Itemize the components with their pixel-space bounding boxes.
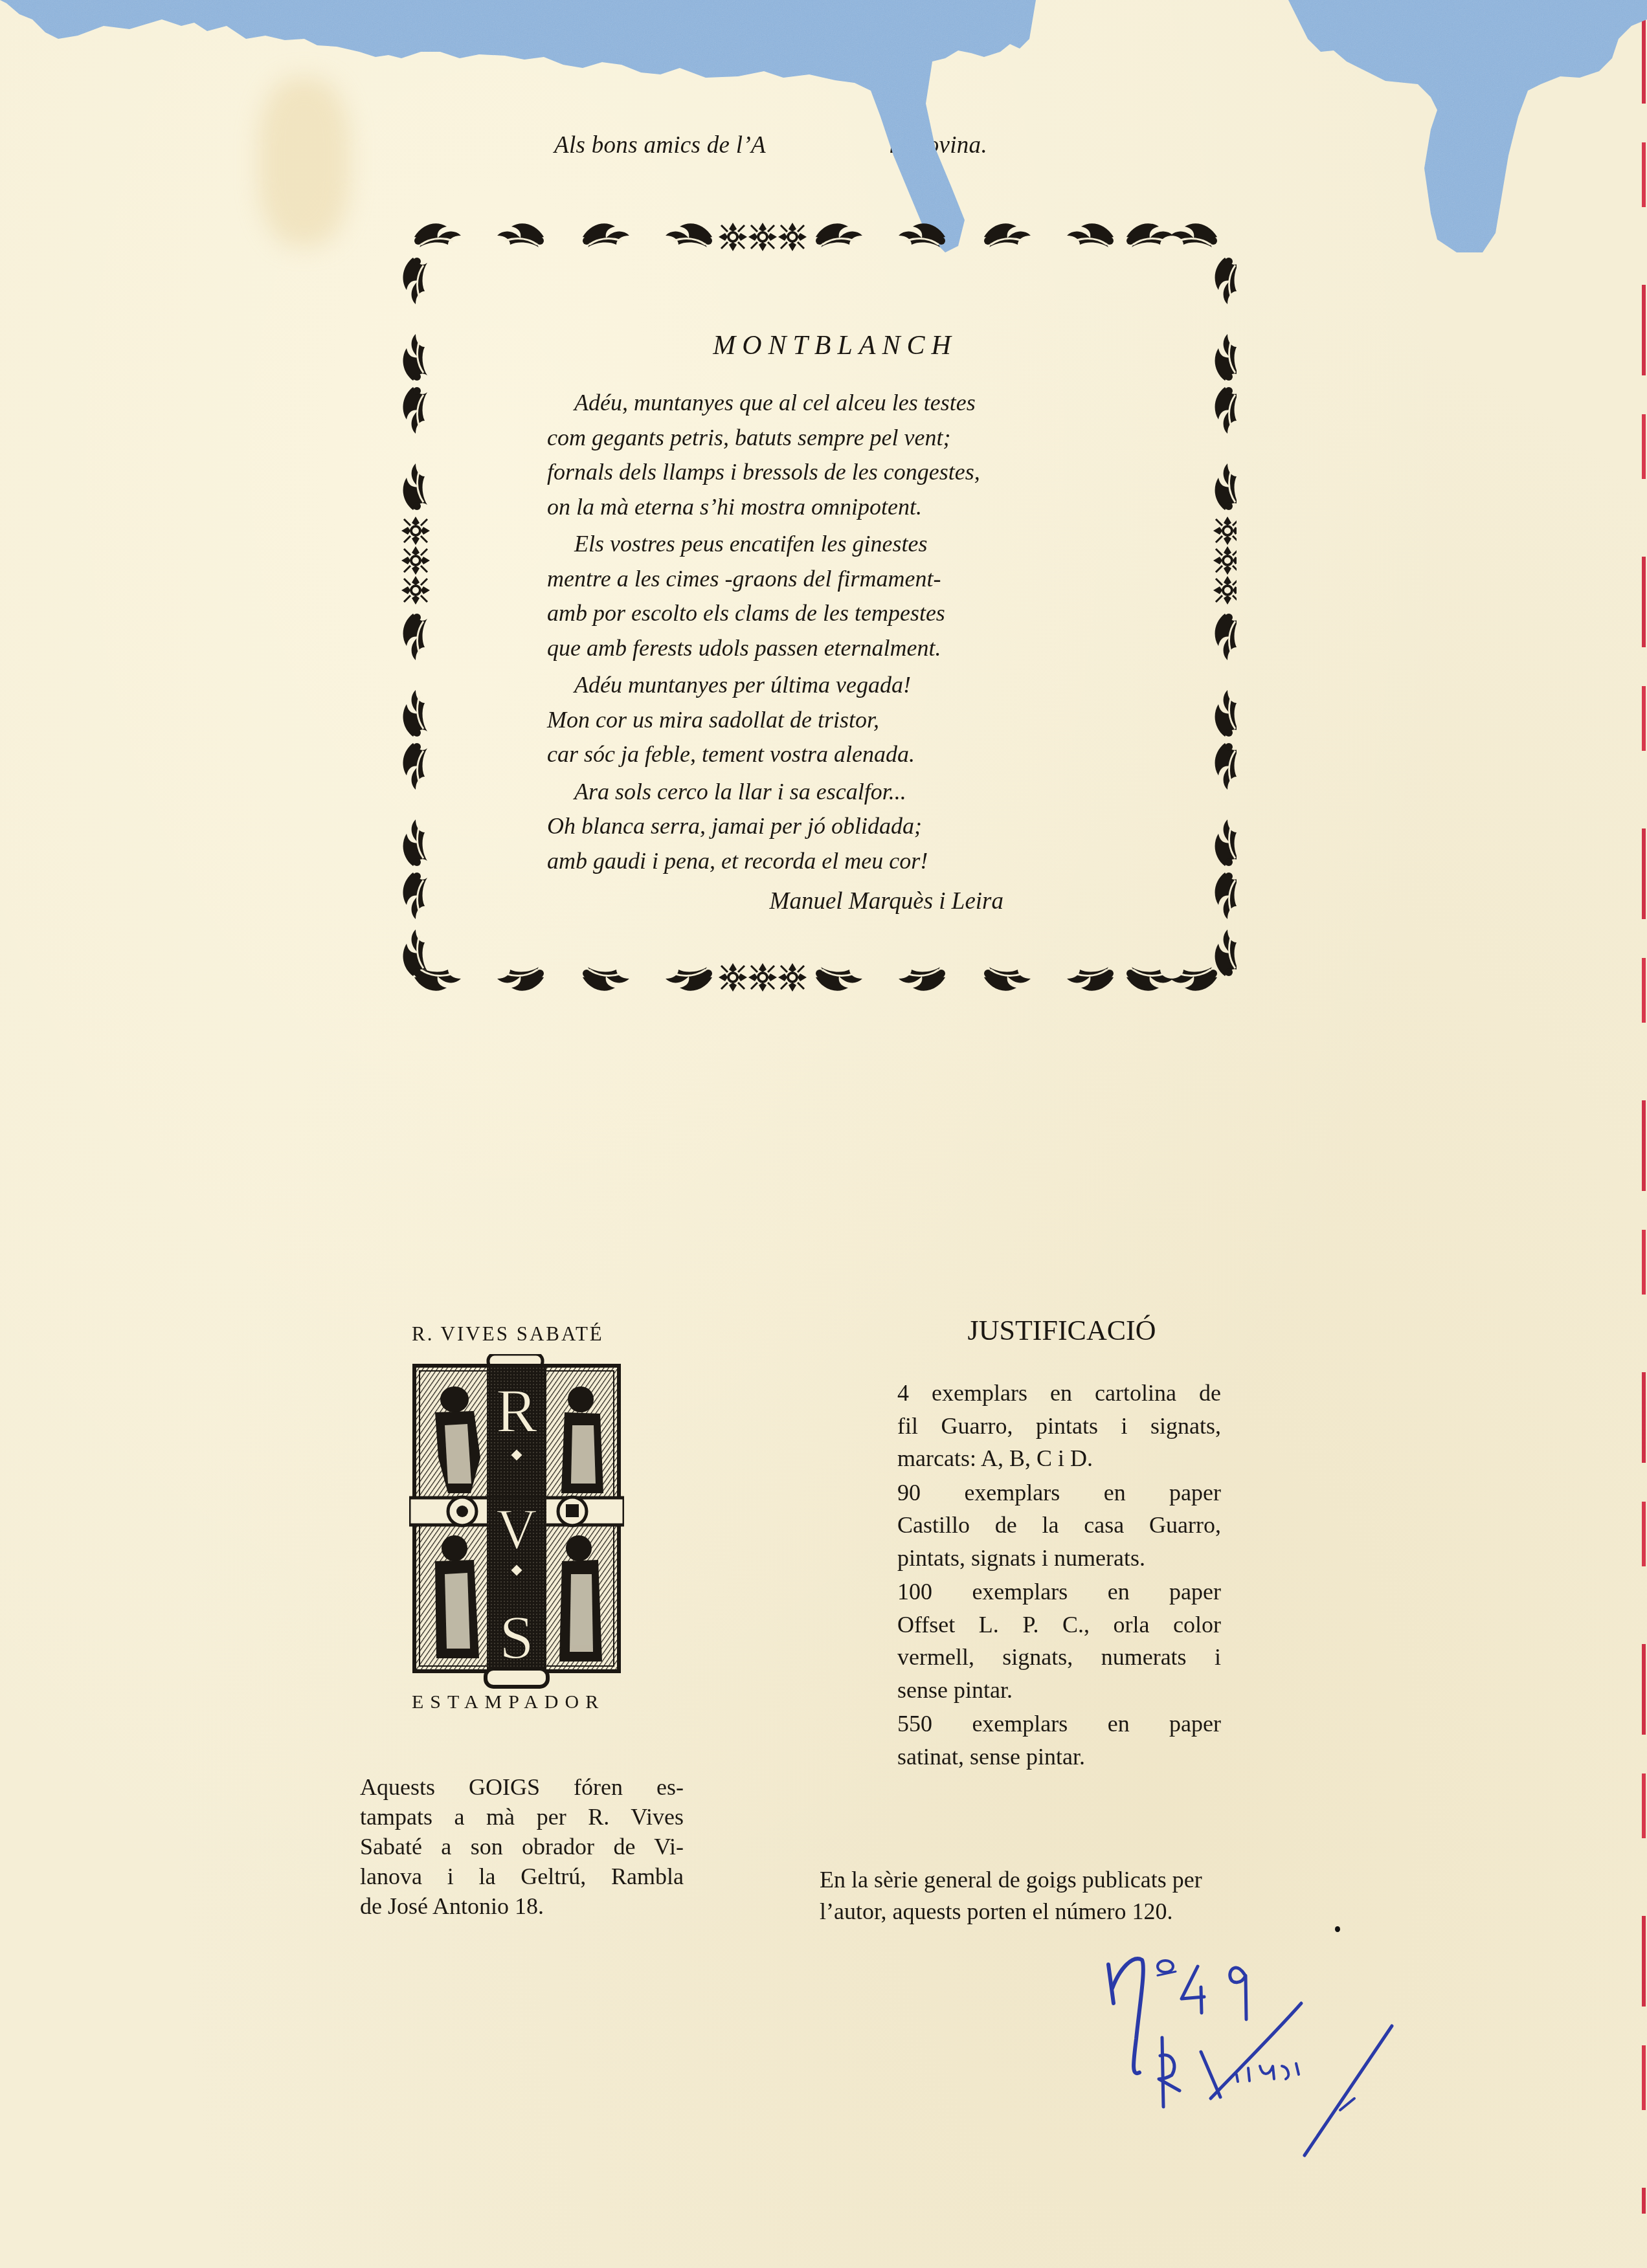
poem-line: Mon cor us mira sadollat de tristor, (547, 703, 1117, 738)
justificacio-title: JUSTIFICACIÓ (958, 1314, 1165, 1347)
poem-line: car sóc ja feble, tement vostra alenada. (547, 737, 1117, 772)
poem-stanza-1: Adéu, muntanyes que al cel alceu les tes… (547, 386, 1117, 524)
edition-line: satinat, sense pintar. (897, 1740, 1221, 1773)
poem-line: amb por escolto els clams de les tempest… (547, 596, 1117, 631)
printer-mark-woodcut: R V S (409, 1354, 624, 1697)
dedication-start: Als bons amics de l’A (554, 132, 766, 159)
poem-stanza-3: Adéu muntanyes per última vegada! Mon co… (547, 668, 1117, 772)
red-edge-border (1642, 13, 1646, 2214)
printer-mark-letter-s: S (499, 1603, 533, 1672)
colophon-line: tampats a mà per R. Vives (360, 1802, 684, 1832)
poem-stanza-4: Ara sols cerco la llar i sa escalfor... … (547, 775, 1117, 879)
poem-line: com gegants petris, batuts sempre pel ve… (547, 421, 1117, 456)
edition-line: sense pintar. (897, 1674, 1221, 1707)
edition-line: 4 exemplars en cartolina de (897, 1377, 1221, 1410)
dedication-end: ilanovina. (889, 132, 987, 159)
poem-line: Oh blanca serra, jamai per jó oblidada; (547, 809, 1117, 844)
justificacio-list: 4 exemplars en cartolina de fil Guarro, … (897, 1377, 1221, 1774)
poem-line: on la mà eterna s’hi mostra omnipotent. (547, 490, 1117, 525)
colophon-line: de José Antonio 18. (360, 1891, 684, 1921)
poem-line: mentre a les cimes -graons del firmament… (547, 562, 1117, 597)
poem-line: Ara sols cerco la llar i sa escalfor... (547, 775, 1117, 810)
poem-line: Els vostres peus encatifen les ginestes (547, 527, 1117, 562)
poem-line: Adéu, muntanyes que al cel alceu les tes… (547, 386, 1117, 421)
paper-stain (259, 78, 350, 246)
colophon-line: lanova i la Geltrú, Rambla (360, 1862, 684, 1891)
handwritten-signature (1075, 1929, 1411, 2175)
series-note-line: l’autor, aquests porten el número 120. (820, 1896, 1325, 1928)
poem-title: MONTBLANCH (547, 330, 1117, 361)
edition-item-100: 100 exemplars en paper Offset L. P. C., … (897, 1575, 1221, 1706)
series-note-line: En la sèrie general de goigs publicats p… (820, 1864, 1325, 1896)
edition-line: Offset L. P. C., orla color (897, 1608, 1221, 1641)
poem-stanza-2: Els vostres peus encatifen les ginestes … (547, 527, 1117, 665)
poem: MONTBLANCH Adéu, muntanyes que al cel al… (547, 330, 1117, 915)
edition-item-4: 4 exemplars en cartolina de fil Guarro, … (897, 1377, 1221, 1475)
edition-line: 90 exemplars en paper (897, 1476, 1221, 1509)
colophon: Aquests GOIGS fóren es- tampats a mà per… (360, 1772, 684, 1921)
poem-line: Adéu muntanyes per última vegada! (547, 668, 1117, 703)
colophon-line: Aquests GOIGS fóren es- (360, 1772, 684, 1802)
series-note: En la sèrie general de goigs publicats p… (820, 1864, 1325, 1928)
colophon-line: Sabaté a son obrador de Vi- (360, 1832, 684, 1862)
edition-item-550: 550 exemplars en paper satinat, sense pi… (897, 1707, 1221, 1773)
printer-mark-letter-r: R (496, 1376, 537, 1445)
edition-line: 550 exemplars en paper (897, 1707, 1221, 1740)
printer-role-label: ESTAMPADOR (412, 1691, 625, 1713)
edition-item-90: 90 exemplars en paper Castillo de la cas… (897, 1476, 1221, 1575)
edition-line: marcats: A, B, C i D. (897, 1442, 1221, 1475)
poem-line: amb gaudi i pena, et recorda el meu cor! (547, 844, 1117, 879)
poem-author: Manuel Marquès i Leira (547, 887, 1117, 915)
printer-mark-letter-v: V (496, 1498, 537, 1561)
edition-line: 100 exemplars en paper (897, 1575, 1221, 1608)
poem-line: que amb ferests udols passen eternalment… (547, 631, 1117, 666)
printer-name: R. VIVES SABATÉ (412, 1322, 625, 1346)
dedication-line: Als bons amics de l’Ailanovina. (554, 131, 1072, 159)
edition-line: vermell, signats, numerats i (897, 1641, 1221, 1674)
edition-line: fil Guarro, pintats i signats, (897, 1410, 1221, 1443)
edition-line: Castillo de la casa Guarro, (897, 1509, 1221, 1542)
poem-line: fornals dels llamps i bressols de les co… (547, 455, 1117, 490)
edition-line: pintats, signats i numerats. (897, 1542, 1221, 1575)
